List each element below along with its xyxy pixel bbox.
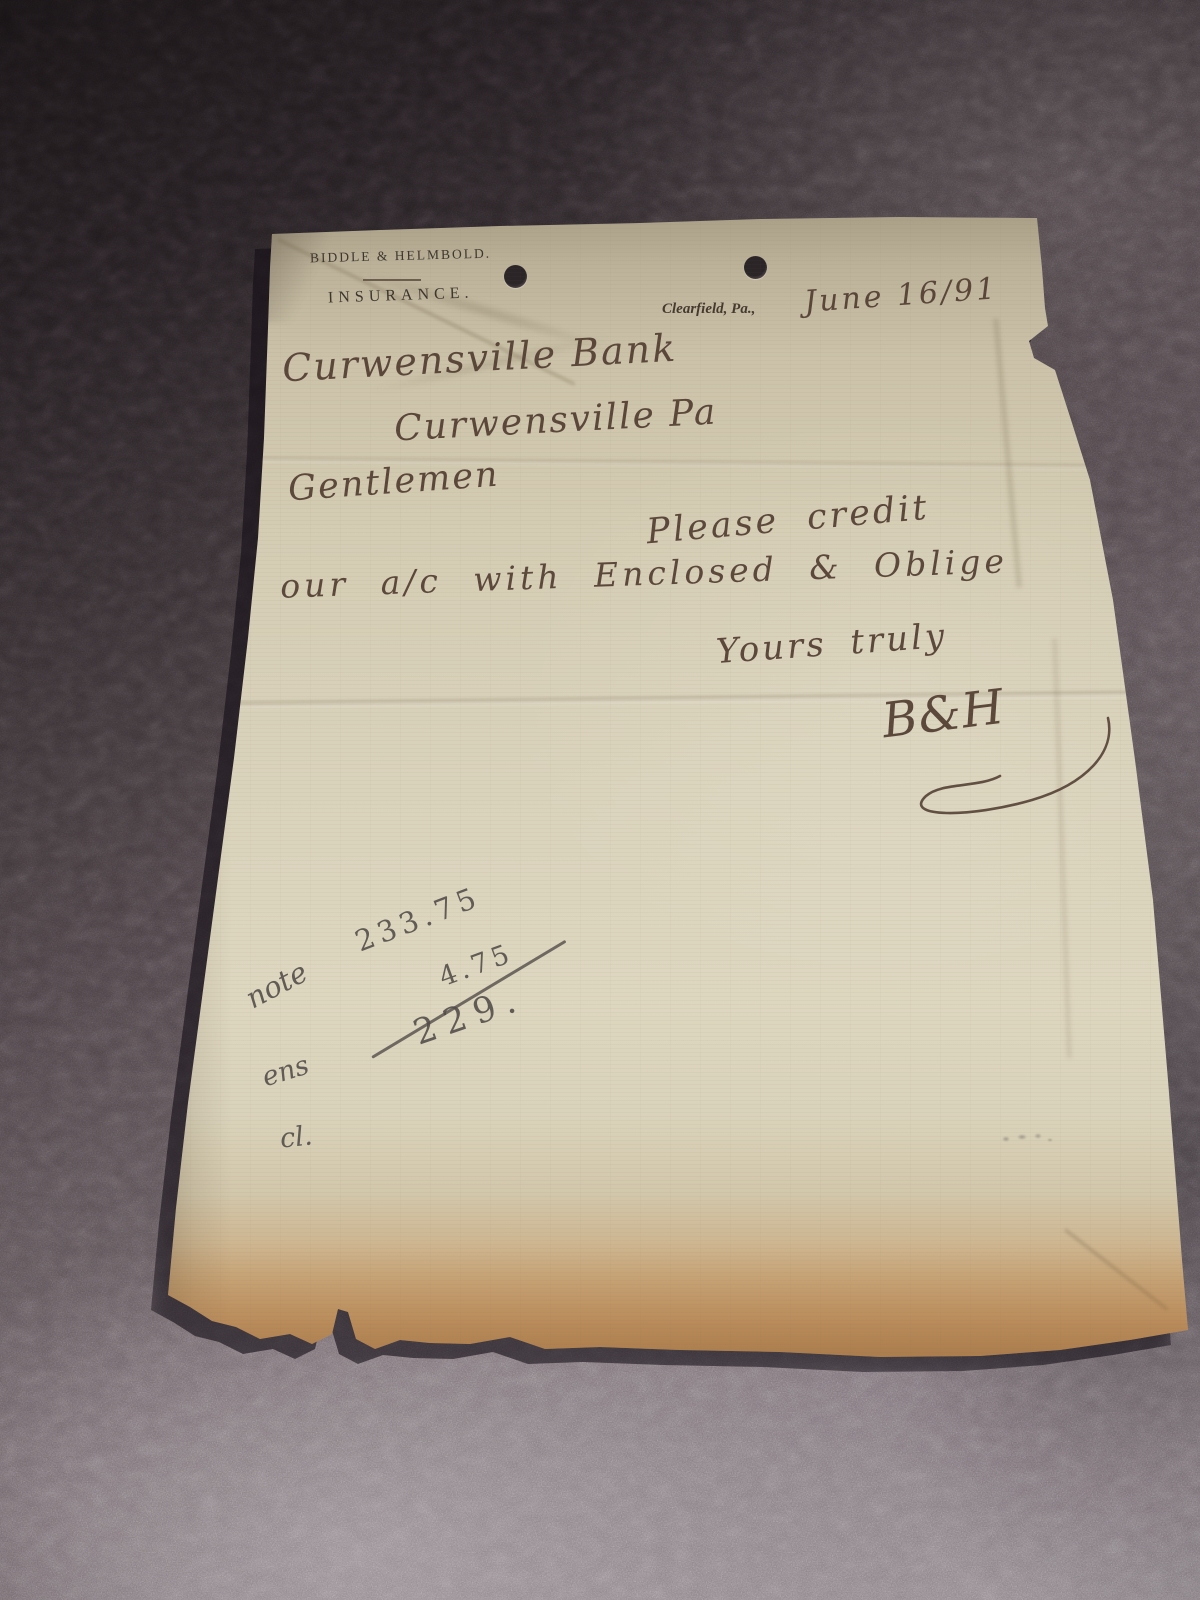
letterhead-rule — [363, 279, 421, 281]
body-line-1: Please credit — [645, 488, 931, 553]
pencil-smudge — [994, 1130, 1058, 1146]
signature-flourish — [850, 700, 1140, 830]
photo-scene: BIDDLE & HELMBOLD. INSURANCE. Clearfield… — [0, 0, 1200, 1600]
letterhead-business: INSURANCE. — [328, 284, 474, 307]
crease-line — [1064, 1228, 1168, 1310]
letterhead-company: BIDDLE & HELMBOLD. — [310, 246, 491, 267]
dateline-place: Clearfield, Pa., — [662, 301, 755, 318]
recipient-line-1: Curwensville Bank — [281, 326, 678, 391]
body-line-2: our a/c with Enclosed & Oblige — [280, 541, 1009, 605]
paper-sheet: BIDDLE & HELMBOLD. INSURANCE. Clearfield… — [160, 208, 1195, 1368]
pencil-result: 229. — [409, 979, 530, 1054]
closing-line: Yours truly — [715, 616, 948, 672]
punch-hole-left — [504, 265, 527, 288]
salutation-line: Gentlemen — [287, 455, 501, 510]
pencil-minuend: 233.75 — [350, 880, 485, 959]
pencil-note-label: note — [240, 955, 313, 1016]
letter-document: BIDDLE & HELMBOLD. INSURANCE. Clearfield… — [160, 208, 1195, 1368]
pencil-side-label: ens — [259, 1050, 313, 1093]
dateline-date-handwritten: June 16/91 — [803, 271, 999, 319]
recipient-line-2: Curwensville Pa — [393, 392, 718, 450]
pencil-bottom-label: cl. — [278, 1120, 313, 1154]
punch-hole-right — [744, 256, 767, 279]
